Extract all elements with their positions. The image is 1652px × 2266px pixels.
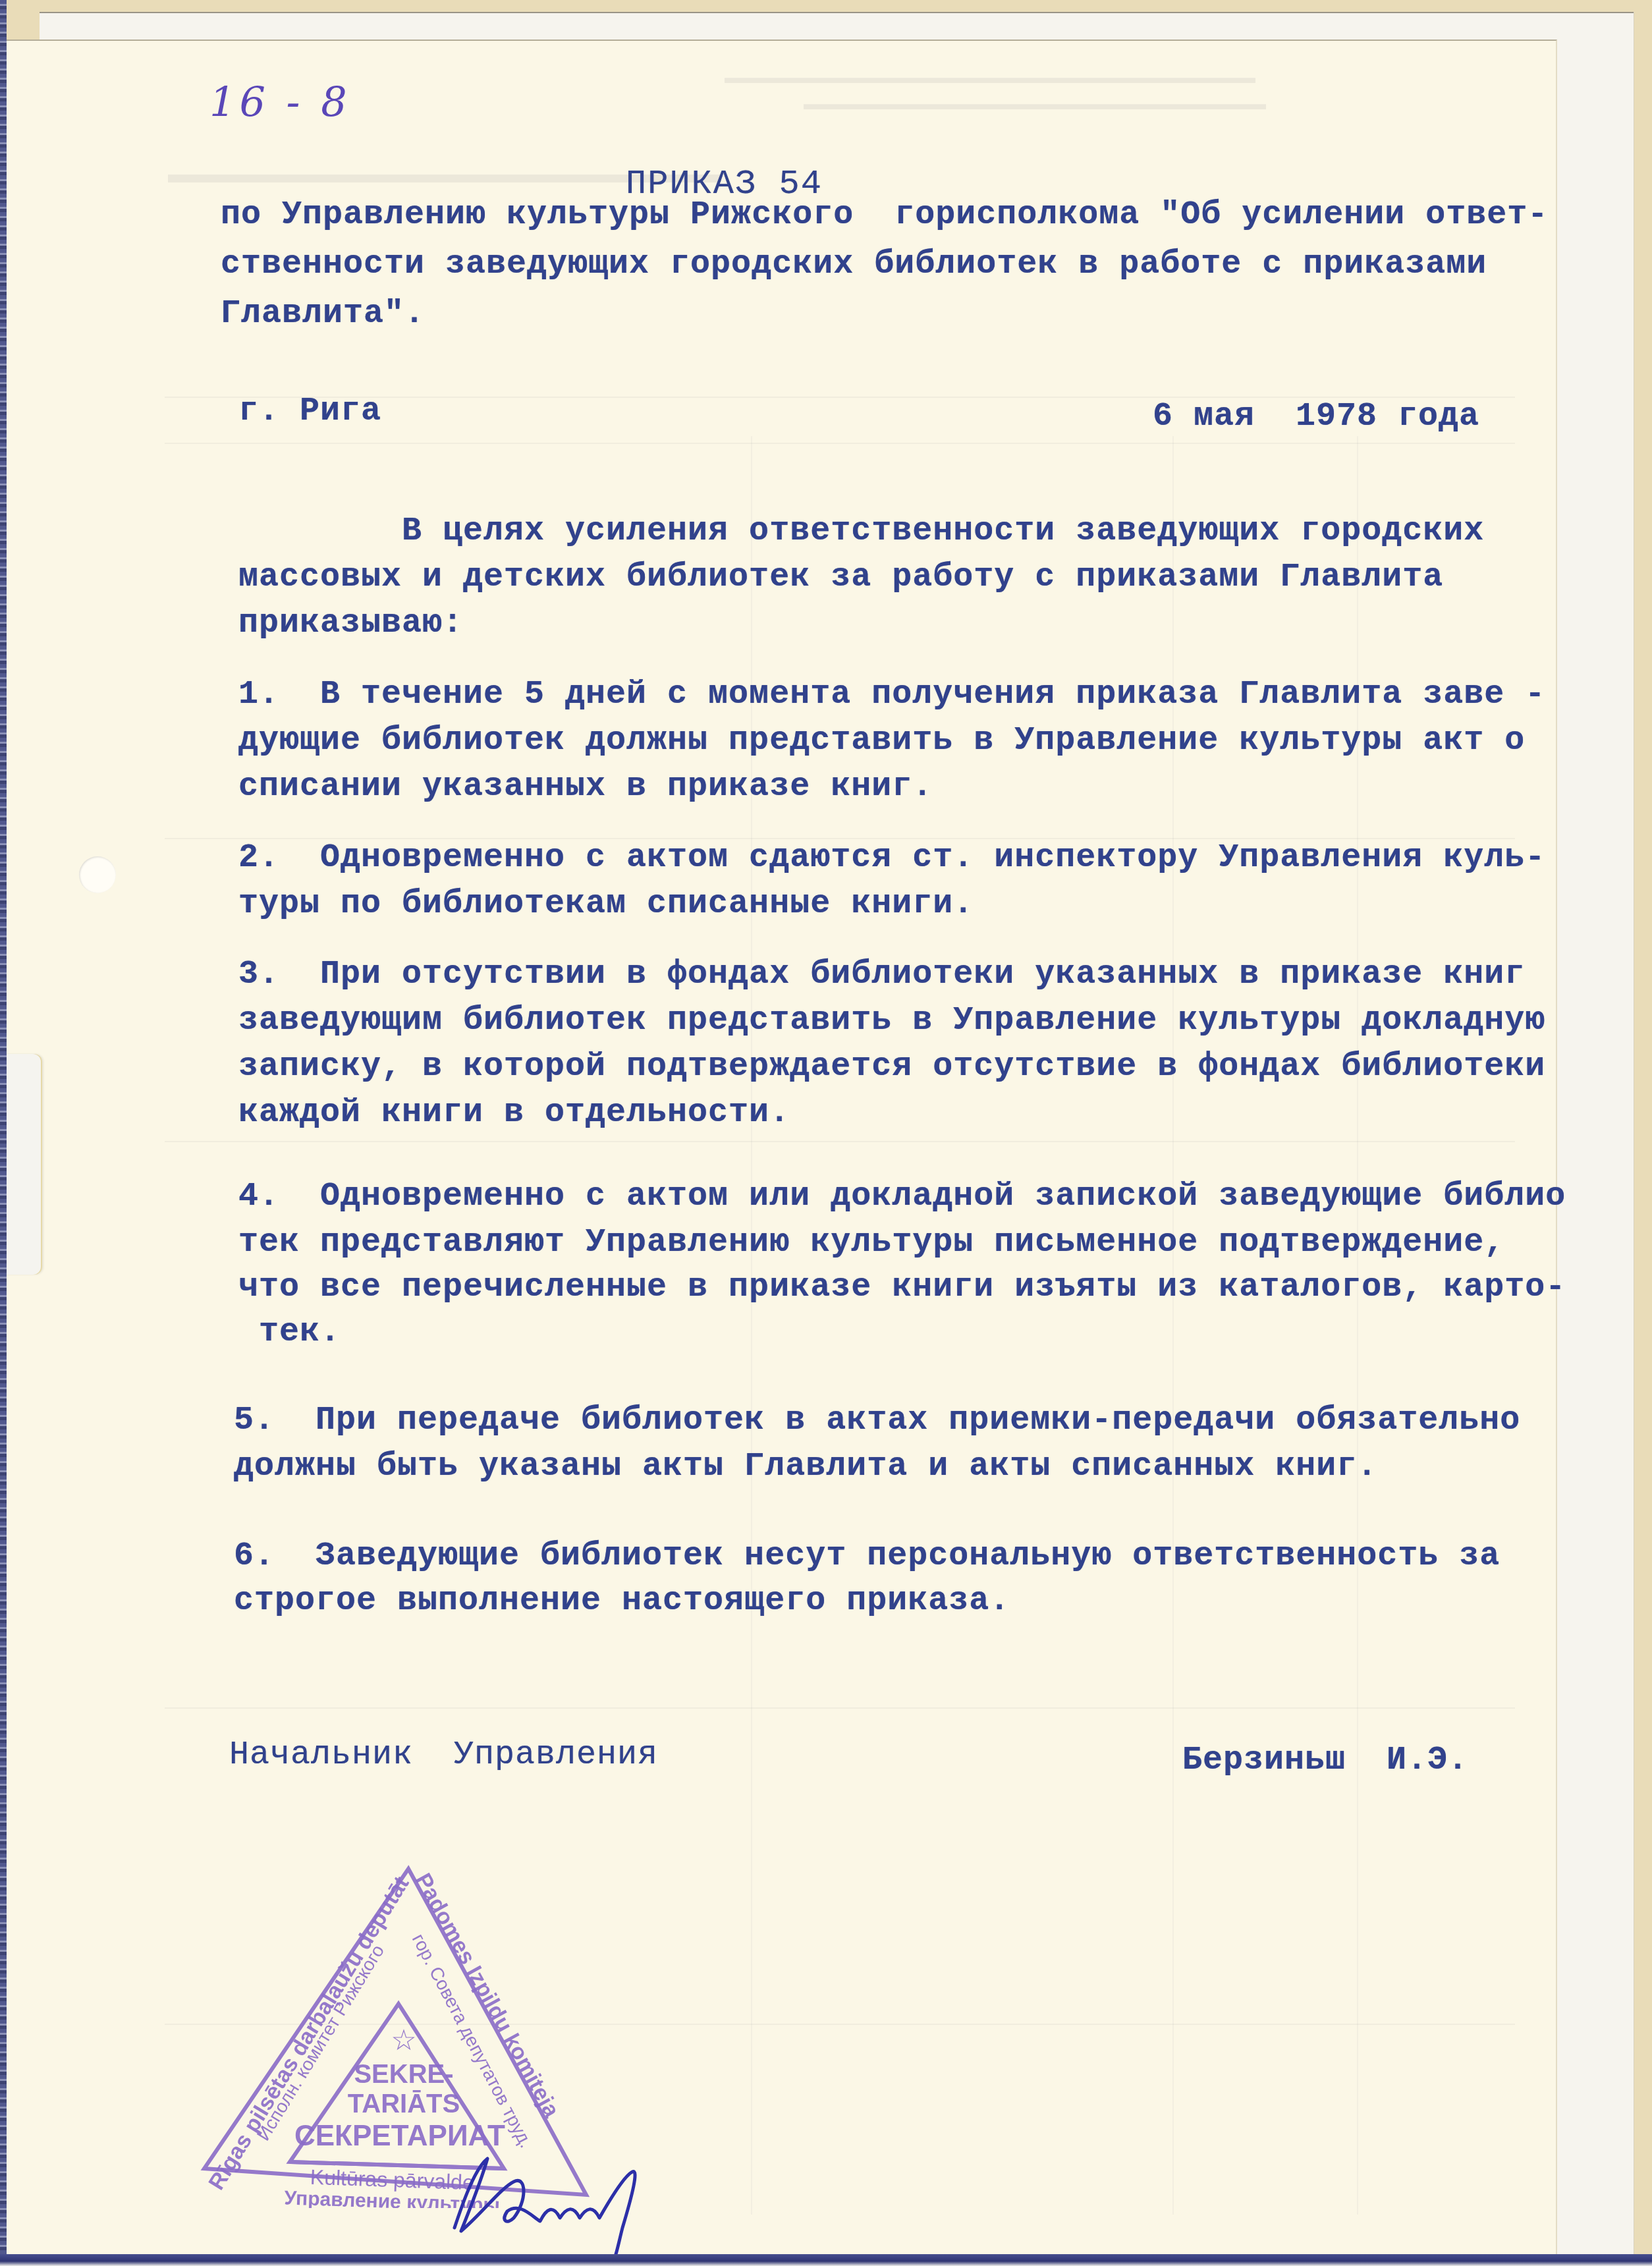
order-title-line-2: ственности заведующих городских библиоте… [221,243,1487,287]
punch-hole [79,856,116,893]
place: г. Рига [238,390,381,433]
preamble-line-1: В целях усиления ответственности заведую… [238,510,1484,553]
item-4-line-4: тек. [238,1311,341,1354]
show-through-header-2: ▬▬▬▬▬▬▬▬▬▬▬▬▬▬▬▬▬▬▬▬▬▬▬▬▬▬▬ [804,94,1266,114]
folder-bottom-edge [0,2254,1652,2266]
signatory-title: Начальник Управления [229,1734,658,1777]
item-2-line-2: туры по библиотекам списанные книги. [238,883,974,926]
item-1-line-3: списании указанных в приказе книг. [238,765,933,809]
item-1-line-1: 1. В течение 5 дней с момента получения … [238,673,1545,717]
stamp-center-line-2: TARIĀTS [348,2089,460,2118]
item-2-line-1: 2. Одновременно с актом сдаются ст. инсп… [238,837,1545,880]
item-3-line-3: записку, в которой подтверждается отсутс… [238,1045,1545,1089]
item-5-line-1: 5. При передаче библиотек в актах приемк… [234,1399,1520,1443]
stamp-star-icon: ☆ [391,2024,416,2057]
folder-binding-edge [0,0,7,2266]
item-6-line-2: строгое выполнение настоящего приказа. [234,1580,1010,1623]
item-3-line-2: заведующим библиотек представить в Управ… [238,999,1545,1043]
item-4-line-2: тек представляют Управлению культуры пис… [238,1221,1504,1265]
stamp-center-line-1: SEKRE- [354,2060,453,2089]
item-3-line-1: 3. При отсутствии в фондах библиотеки ук… [238,953,1525,997]
item-1-line-2: дующие библиотек должны представить в Уп… [238,719,1525,763]
date: 6 мая 1978 года [1153,395,1479,439]
item-4-line-1: 4. Одновременно с актом или докладной за… [238,1175,1566,1219]
item-3-line-4: каждой книги в отдельности. [238,1092,790,1135]
preamble-line-2: массовых и детских библиотек за работу с… [238,556,1443,599]
show-through-rule [165,443,1515,444]
item-4-line-3: что все перечисленные в приказе книги из… [238,1266,1566,1310]
preamble-line-3: приказываю: [238,602,463,646]
show-through-rule [165,1707,1515,1709]
item-6-line-1: 6. Заведующие библиотек несут персональн… [234,1535,1500,1578]
handwritten-signature [441,2155,672,2261]
show-through-rule [165,1141,1515,1142]
item-5-line-2: должны быть указаны акты Главлита и акты… [234,1445,1377,1489]
show-through-header: ▬▬▬▬▬▬▬▬▬▬▬▬▬▬▬▬▬▬▬▬▬▬▬▬▬▬▬▬▬▬▬ [725,67,1255,88]
stamp-center-line-3: СЕКРЕТАРИАТ [294,2120,505,2152]
handwritten-reference-number: 16 - 8 [209,78,351,126]
order-title-line-1: по Управлению культуры Рижского гориспол… [221,194,1548,237]
document-page: ▬▬▬▬▬▬▬▬▬▬▬▬▬▬▬▬▬▬▬▬▬▬▬▬▬▬▬▬▬▬▬ ▬▬▬▬▬▬▬▬… [0,40,1557,2261]
signatory-name: Берзиньш И.Э. [1182,1739,1468,1782]
order-title-line-3: Главлита". [221,292,425,336]
